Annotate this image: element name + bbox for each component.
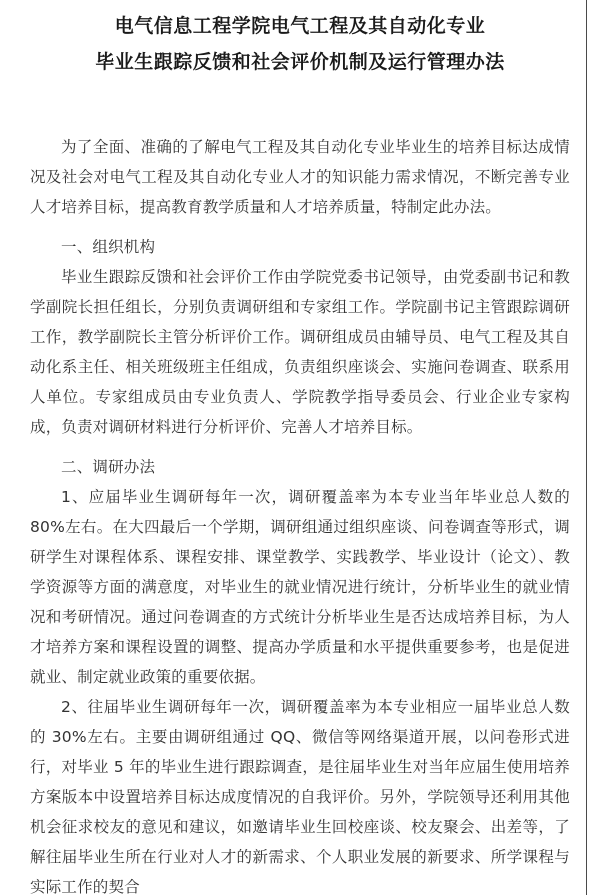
paragraph-survey-method-2: 2、往届毕业生调研每年一次，调研覆盖率为本专业相应一届毕业总人数的 30%左右。…	[30, 692, 570, 895]
document-page: 电气信息工程学院电气工程及其自动化专业 毕业生跟踪反馈和社会评价机制及运行管理办…	[0, 0, 591, 895]
document-content: 电气信息工程学院电气工程及其自动化专业 毕业生跟踪反馈和社会评价机制及运行管理办…	[30, 8, 570, 895]
paragraph-organization: 毕业生跟踪反馈和社会评价工作由学院党委书记领导，由党委副书记和教学副院长担任组长…	[30, 262, 570, 442]
page-edge-line	[586, 0, 587, 895]
section-heading-2: 二、调研办法	[30, 452, 570, 482]
document-title-line-2: 毕业生跟踪反馈和社会评价机制及运行管理办法	[30, 44, 570, 80]
document-title: 电气信息工程学院电气工程及其自动化专业 毕业生跟踪反馈和社会评价机制及运行管理办…	[30, 8, 570, 80]
document-title-line-1: 电气信息工程学院电气工程及其自动化专业	[30, 8, 570, 44]
document-body: 为了全面、准确的了解电气工程及其自动化专业毕业生的培养目标达成情况及社会对电气工…	[30, 132, 570, 895]
section-heading-1: 一、组织机构	[30, 232, 570, 262]
paragraph-survey-method-1: 1、应届毕业生调研每年一次，调研覆盖率为本专业当年毕业总人数的 80%左右。在大…	[30, 482, 570, 692]
paragraph-intro: 为了全面、准确的了解电气工程及其自动化专业毕业生的培养目标达成情况及社会对电气工…	[30, 132, 570, 222]
